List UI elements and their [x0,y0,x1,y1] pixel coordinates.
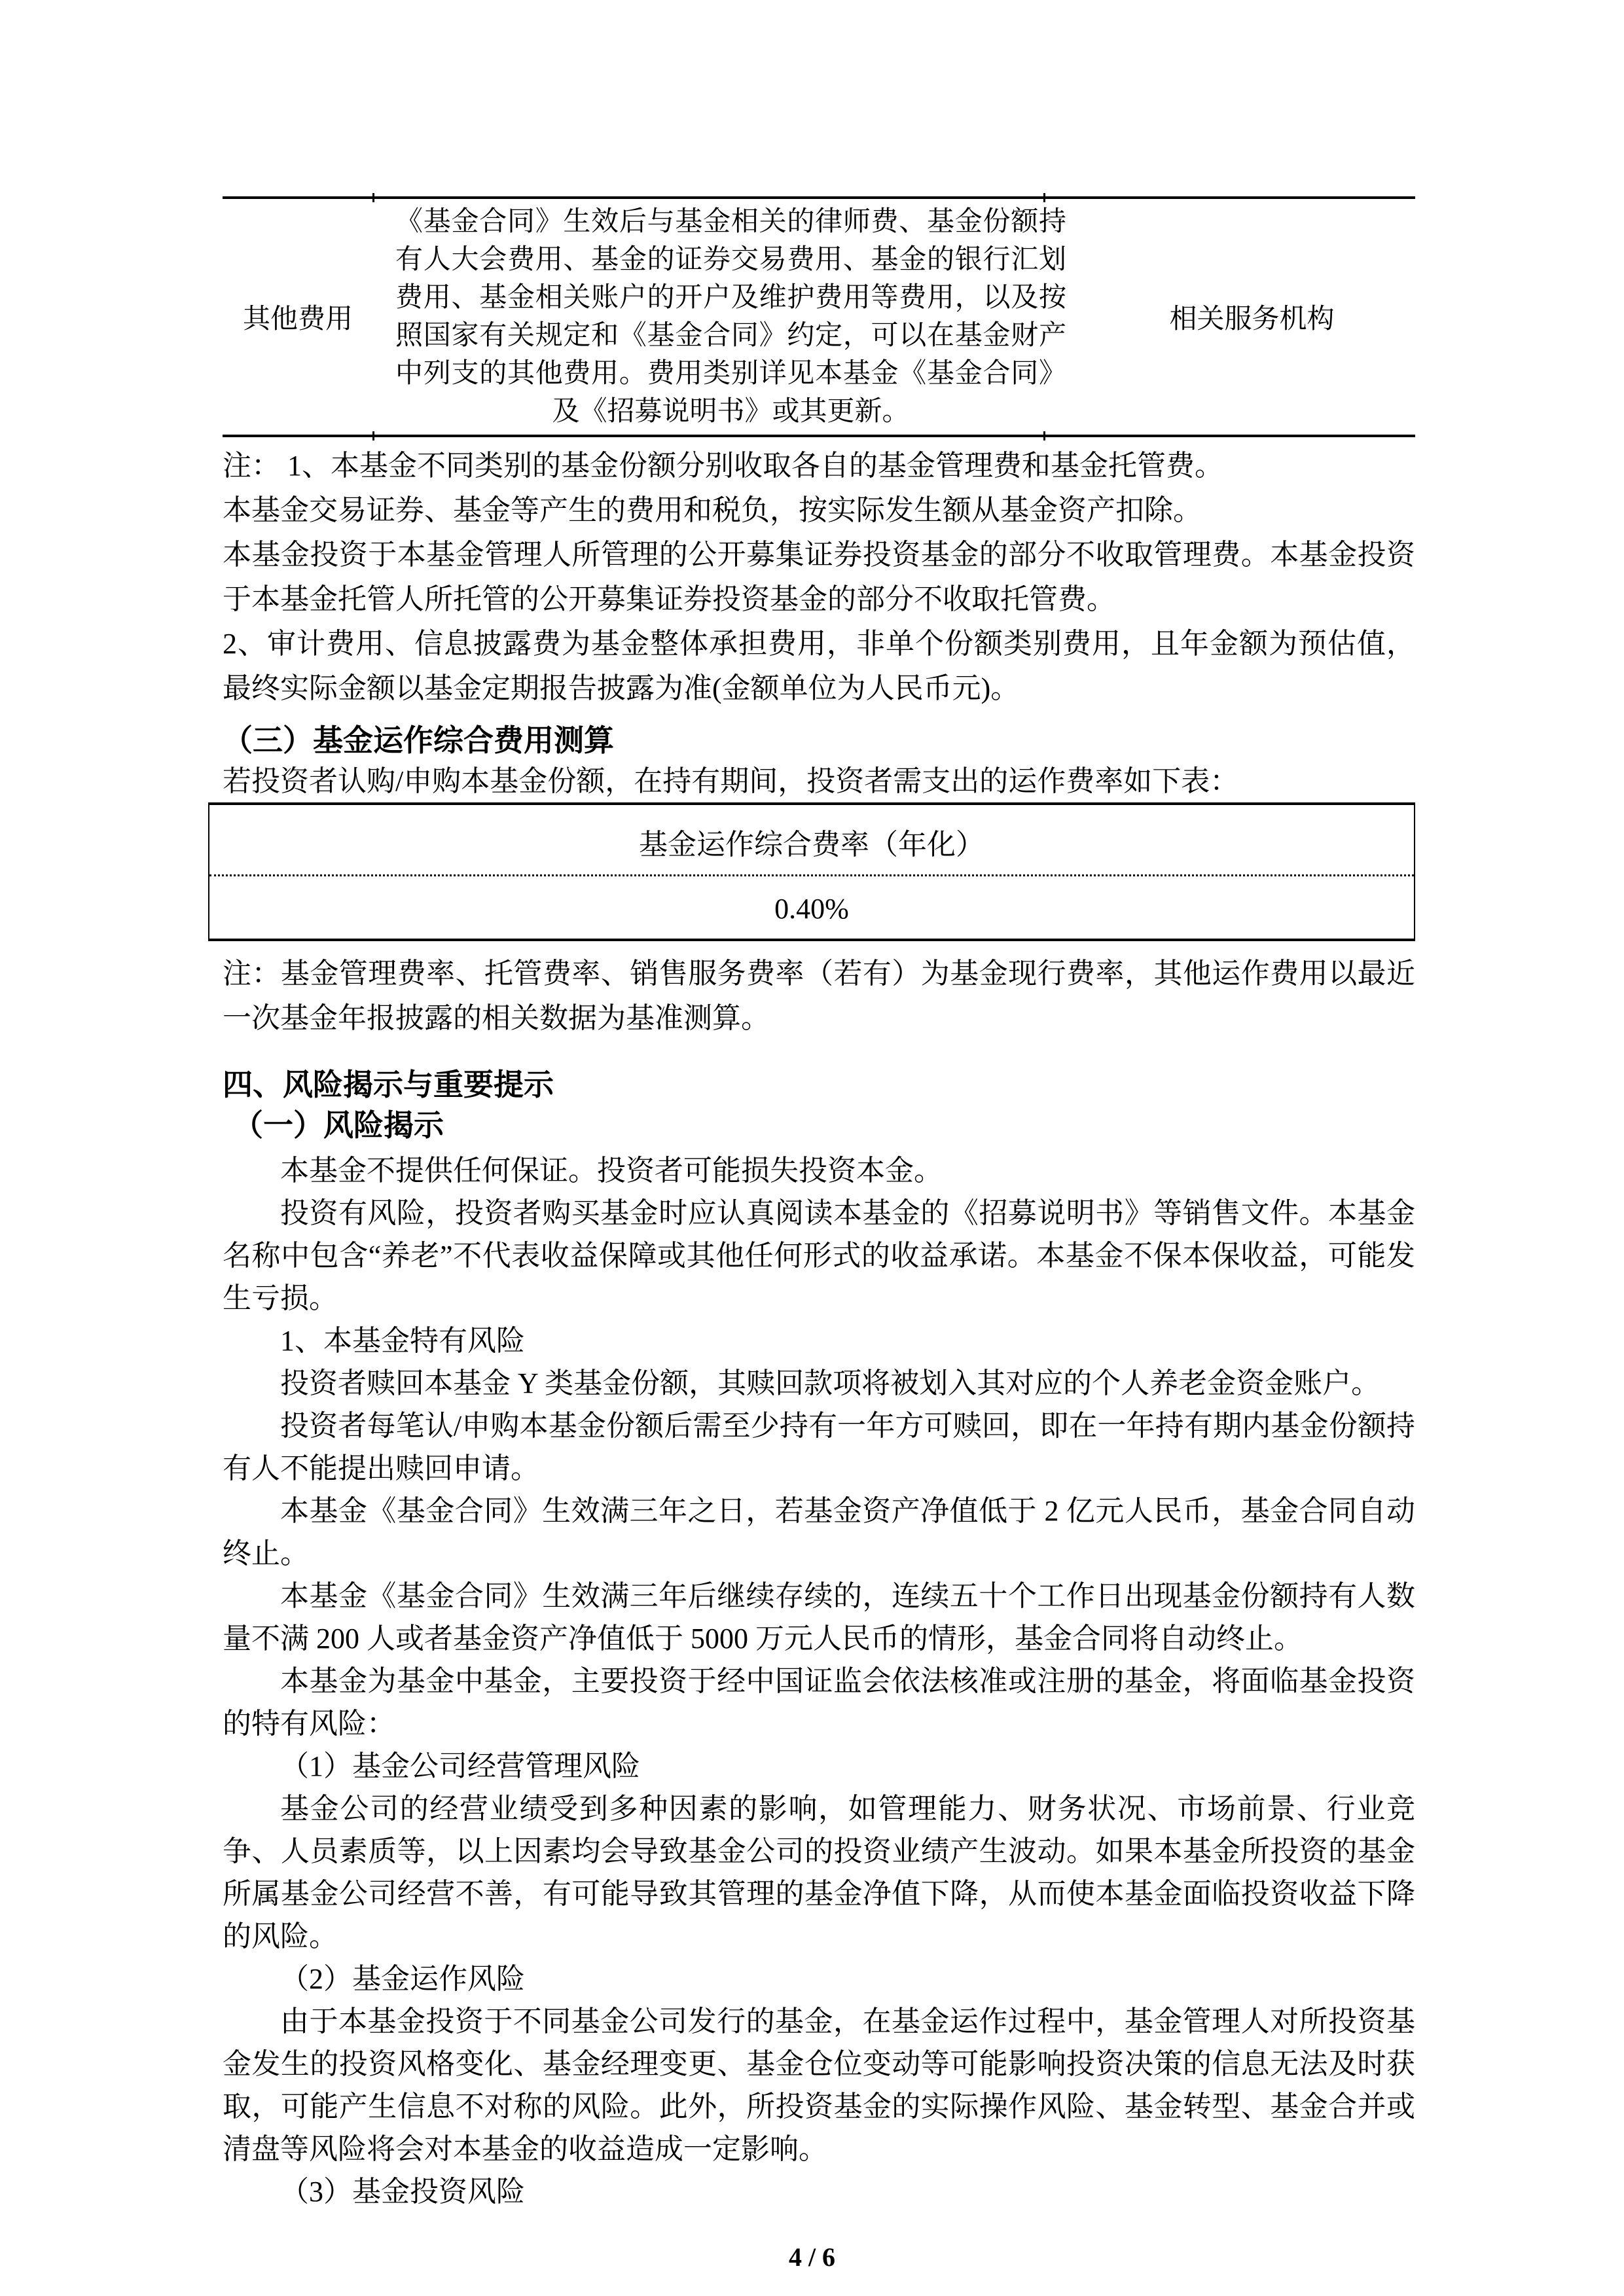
note-line: 本基金交易证券、基金等产生的费用和税负，按实际发生额从基金资产扣除。 [223,488,1415,533]
risk-paragraph: 投资者赎回本基金 Y 类基金份额，其赎回款项将被划入其对应的个人养老金资金账户。 [223,1362,1415,1405]
fee-payee-cell: 相关服务机构 [1089,199,1415,435]
fee-category-text: 其他费用 [243,297,353,336]
column-tick [1043,431,1045,440]
rate-table-header: 基金运作综合费率（年化） [209,805,1414,876]
note-line: 注： 1、本基金不同类别的基金份额分别收取各自的基金管理费和基金托管费。 [223,444,1415,488]
section4-heading: 四、风险揭示与重要提示 [223,1064,1415,1105]
risk-paragraph: （2）基金运作风险 [223,1958,1415,2000]
risk-paragraph: 由于本基金投资于不同基金公司发行的基金，在基金运作过程中，基金管理人对所投资基金… [223,2000,1415,2170]
risk-paragraph: 1、本基金特有风险 [223,1319,1415,1362]
document-page: 其他费用 《基金合同》生效后与基金相关的律师费、基金份额持有人大会费用、基金的证… [0,0,1624,2296]
column-tick [1043,193,1045,202]
section3-heading: （三）基金运作综合费用测算 [223,720,1415,761]
risk-paragraph: 基金公司的经营业绩受到多种因素的影响，如管理能力、财务状况、市场前景、行业竞争、… [223,1787,1415,1958]
fee-description-cell: 《基金合同》生效后与基金相关的律师费、基金份额持有人大会费用、基金的证券交易费用… [373,199,1089,435]
note-line: 本基金投资于本基金管理人所管理的公开募集证券投资基金的部分不收取管理费。本基金投… [223,533,1415,622]
rate-table-value: 0.40% [209,876,1414,939]
risk-paragraph: 本基金《基金合同》生效满三年之日，若基金资产净值低于 2 亿元人民币，基金合同自… [223,1490,1415,1575]
note-line: 2、审计费用、信息披露费为基金整体承担费用，非单个份额类别费用，且年金额为预估值… [223,622,1415,711]
risk-paragraph: 投资者每笔认/申购本基金份额后需至少持有一年方可赎回，即在一年持有期内基金份额持… [223,1405,1415,1490]
section4-subheading: （一）风险揭示 [223,1105,1415,1145]
column-tick [372,193,374,202]
operation-rate-table: 基金运作综合费率（年化） 0.40% [208,802,1415,941]
risk-disclosure-body: 本基金不提供任何保证。投资者可能损失投资本金。 投资有风险，投资者购买基金时应认… [223,1149,1415,2213]
fee-payee-text: 相关服务机构 [1169,297,1334,336]
column-tick [372,431,374,440]
risk-paragraph: 本基金为基金中基金，主要投资于经中国证监会依法核准或注册的基金，将面临基金投资的… [223,1660,1415,1745]
fee-category-cell: 其他费用 [223,199,373,435]
risk-paragraph: 本基金不提供任何保证。投资者可能损失投资本金。 [223,1149,1415,1192]
fee-table-notes: 注： 1、本基金不同类别的基金份额分别收取各自的基金管理费和基金托管费。 本基金… [223,444,1415,711]
risk-paragraph: （1）基金公司经营管理风险 [223,1745,1415,1787]
section3-intro: 若投资者认购/申购本基金份额，在持有期间，投资者需支出的运作费率如下表： [223,761,1415,802]
page-number: 4 / 6 [0,2242,1624,2272]
rate-table-note: 注：基金管理费率、托管费率、销售服务费率（若有）为基金现行费率，其他运作费用以最… [223,952,1415,1041]
fee-table-continued-row: 其他费用 《基金合同》生效后与基金相关的律师费、基金份额持有人大会费用、基金的证… [223,196,1415,437]
page-content: 其他费用 《基金合同》生效后与基金相关的律师费、基金份额持有人大会费用、基金的证… [223,196,1415,2213]
risk-paragraph: 投资有风险，投资者购买基金时应认真阅读本基金的《招募说明书》等销售文件。本基金名… [223,1192,1415,1319]
risk-paragraph: （3）基金投资风险 [223,2170,1415,2213]
risk-paragraph: 本基金《基金合同》生效满三年后继续存续的，连续五十个工作日出现基金份额持有人数量… [223,1575,1415,1660]
